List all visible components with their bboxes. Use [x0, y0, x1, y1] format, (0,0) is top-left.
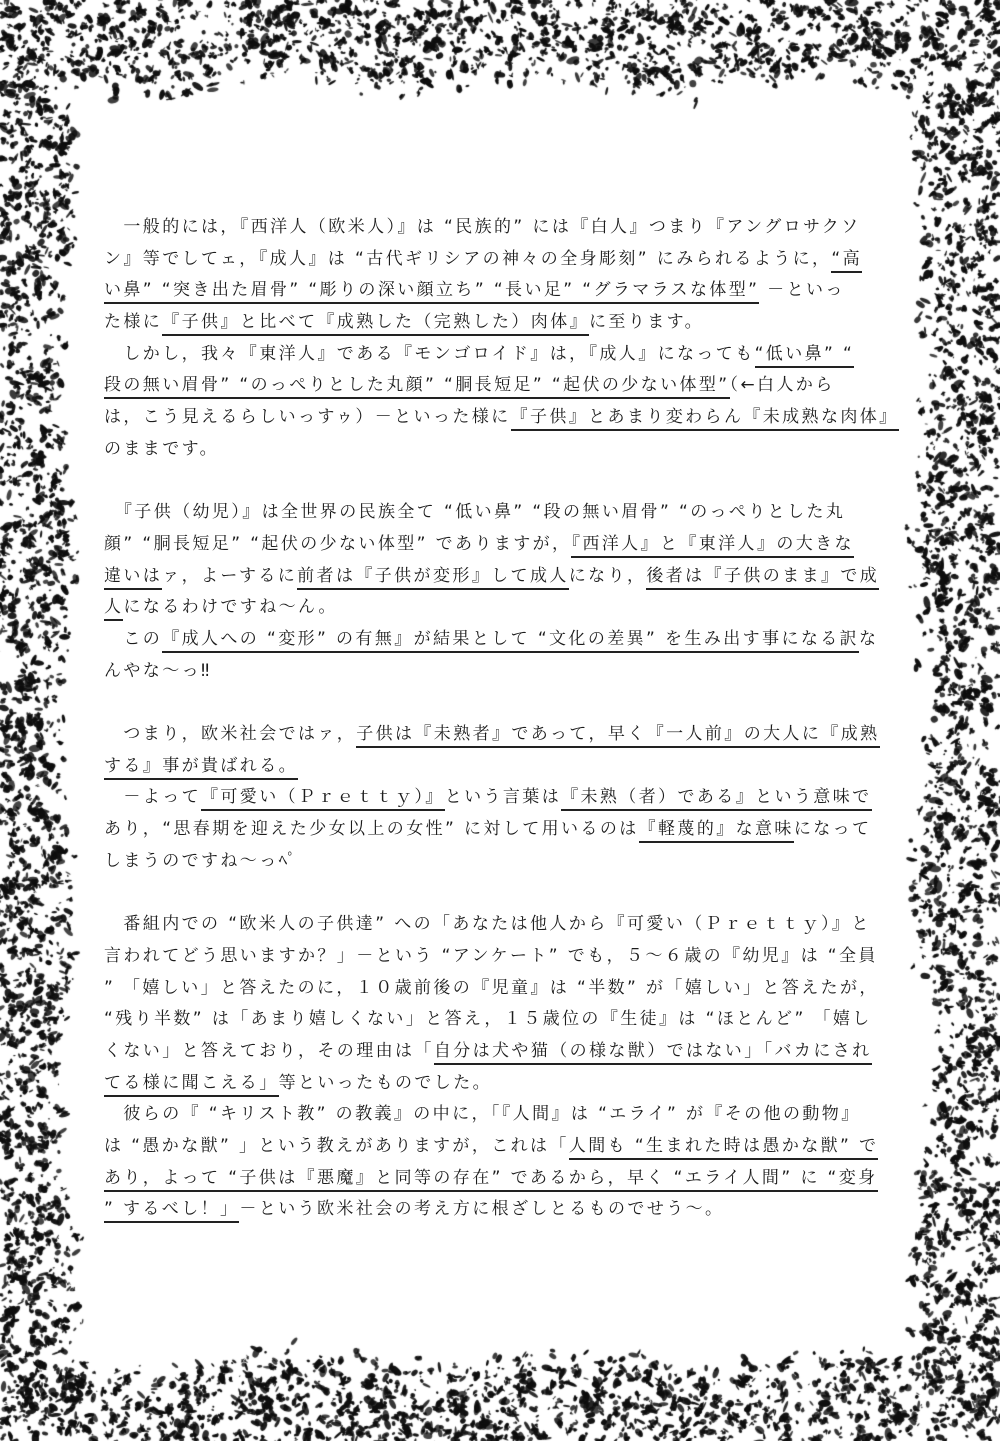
text-line: しまうのですね～っﾍﾟ: [104, 846, 910, 878]
underlined-text-run: ” するべし！」: [104, 1199, 239, 1223]
text-line: 人になるわけですね～ん。: [104, 592, 910, 624]
underlined-text-run: 「バカにされ: [764, 1041, 872, 1065]
underlined-text-run: 『可愛い（Ｐｒｅｔｔｙ）』: [201, 787, 445, 811]
scanned-document-page: 一般的には，『西洋人（欧米人）』は “民族的” には『白人』つまり『アングロサク…: [0, 0, 1000, 1441]
text-line: は，こう見えるらしいっすゥ）－といった様に『子供』とあまり変わらん『未成熟な肉体…: [104, 402, 910, 434]
text-run: んやな～っ‼: [104, 661, 212, 681]
text-line: しかし，我々『東洋人』である『モンゴロイド』は，『成人』になっても“低い鼻” “: [104, 339, 910, 371]
text-run: は，こう見えるらしいっすゥ）－といった様に: [104, 407, 511, 427]
underlined-text-run: 『子供』と比べて『成熟した（完熟した）肉体』: [162, 312, 589, 336]
underlined-text-run: “高: [831, 249, 862, 273]
underlined-text-run: “低い鼻” “: [755, 344, 855, 368]
text-run: ” 「嬉しい」と答えたのに，１０歳前後の『児童』は “半数” が「嬉しい」と答え…: [104, 978, 879, 998]
text-line: －よって『可愛い（Ｐｒｅｔｔｙ）』という言葉は『未熟（者）である』という意味で: [104, 782, 910, 814]
text-line: てる様に聞こえる」等といったものでした。: [104, 1068, 910, 1100]
underlined-text-run: 後者は『子供のまま』で成: [646, 566, 879, 590]
text-line: “残り半数” は「あまり嬉しくない」と答え，１５歳位の『生徒』は “ほとんど” …: [104, 1004, 910, 1036]
text-line: い鼻” “突き出た眉骨” “彫りの深い顔立ち” “長い足” “グラマラスな体型”…: [104, 275, 910, 307]
text-line: 『子供（幼児）』は全世界の民族全て “低い鼻” “段の無い眉骨” “のっぺりとし…: [104, 497, 910, 529]
underlined-text-run: する』事が貴ばれる。: [104, 756, 298, 780]
text-run: のままです。: [104, 439, 219, 459]
underlined-text-run: 違いは: [104, 566, 162, 590]
underlined-text-run: 『成人への “変形” の有無』が結果として “文化の差異” を生み出す事になる訳: [162, 629, 859, 653]
underlined-text-run: 子供は『未熟者』であって，早く『一人前』の大人に『成熟: [356, 724, 879, 748]
text-line: あり，“思春期を迎えた少女以上の女性” に対して用いるのは『軽蔑的』な意味になっ…: [104, 814, 910, 846]
text-line: ン』等でしてェ，『成人』は “古代ギリシアの神々の全身彫刻” にみられるように，…: [104, 244, 910, 276]
text-run: “残り半数” は「あまり嬉しくない」と答え，１５歳位の『生徒』は “ほとんど” …: [104, 1009, 872, 1029]
text-line: のままです。: [104, 434, 910, 466]
text-run: になって: [794, 819, 872, 839]
text-line: 言われてどう思いますか？」－という “アンケート” でも，５～６歳の『幼児』は …: [104, 941, 910, 973]
text-run: －といっ: [759, 280, 844, 300]
text-line: 彼らの『 “キリスト教” の教義』の中に，「『人間』は “エライ” が『その他の…: [104, 1099, 910, 1131]
underlined-text-run: 『西洋人』と『東洋人』の大きな: [571, 534, 854, 558]
blank-line: [104, 877, 910, 909]
text-run: 一般的には，『西洋人（欧米人）』は “民族的” には『白人』つまり『アングロサク…: [104, 217, 861, 237]
text-line: 顔” “胴長短足” “起伏の少ない体型” でありますが，『西洋人』と『東洋人』の…: [104, 529, 910, 561]
document-body-text: 一般的には，『西洋人（欧米人）』は “民族的” には『白人』つまり『アングロサク…: [104, 212, 910, 1226]
text-line: くない」と答えており，その理由は「自分は犬や猫（の様な獣）ではない」「バカにされ: [104, 1036, 910, 1068]
text-line: 違いはァ，よーするに前者は『子供が変形』して成人になり，後者は『子供のまま』で成: [104, 561, 910, 593]
underlined-text-run: あり，よって “子供は『悪魔』と同等の存在” であるから，早く “エライ人間” …: [104, 1168, 878, 1192]
underlined-text-run: 『未熟（者）である』という意味で: [561, 787, 871, 811]
underlined-text-run: てる様に聞こえる」: [104, 1073, 279, 1097]
text-run: くない」と答えており，その理由は「: [104, 1041, 434, 1061]
text-run: は “愚かな獣” 」という教えがありますが，これは「: [104, 1136, 569, 1156]
text-run: 言われてどう思いますか？」－という “アンケート” でも，５～６歳の『幼児』は …: [104, 946, 878, 966]
text-run: になり，: [569, 566, 647, 586]
text-run: た様に: [104, 312, 162, 332]
text-run: になるわけですね～ん。: [123, 597, 337, 617]
text-line: あり，よって “子供は『悪魔』と同等の存在” であるから，早く “エライ人間” …: [104, 1163, 910, 1195]
underlined-text-run: 人間も “生まれた時は愚かな獣” で: [569, 1136, 879, 1160]
text-run: に至ります。: [589, 312, 704, 332]
text-run: 『子供（幼児）』は全世界の民族全て “低い鼻” “段の無い眉骨” “のっぺりとし…: [104, 502, 845, 522]
text-run: －よって: [104, 787, 201, 807]
text-line: 番組内での “欧米人の子供達” への「あなたは他人から『可愛い（Ｐｒｅｔｔｙ）』…: [104, 909, 910, 941]
underlined-text-run: 自分は犬や猫（の様な獣）ではない」: [434, 1041, 764, 1065]
underlined-text-run: 前者は『子供が変形』して成人: [297, 566, 569, 590]
underlined-text-run: い鼻” “突き出た眉骨” “彫りの深い顔立ち” “長い足” “グラマラスな体型”: [104, 280, 759, 304]
text-run: な: [859, 629, 878, 649]
text-line: んやな～っ‼: [104, 656, 910, 688]
text-line: つまり，欧米社会ではァ，子供は『未熟者』であって，早く『一人前』の大人に『成熟: [104, 719, 910, 751]
text-run: －という欧米社会の考え方に根ざしとるものでせう～。: [239, 1199, 724, 1219]
text-line: する』事が貴ばれる。: [104, 751, 910, 783]
text-run: 等といったものでした。: [279, 1073, 492, 1093]
text-line: 一般的には，『西洋人（欧米人）』は “民族的” には『白人』つまり『アングロサク…: [104, 212, 910, 244]
blank-line: [104, 466, 910, 498]
text-run: しかし，我々『東洋人』である『モンゴロイド』は，『成人』になっても: [104, 344, 755, 364]
text-run: ン』等でしてェ，『成人』は “古代ギリシアの神々の全身彫刻” にみられるように，: [104, 249, 831, 269]
text-run: しまうのですね～っﾍﾟ: [104, 851, 298, 871]
text-line: ” するべし！」－という欧米社会の考え方に根ざしとるものでせう～。: [104, 1194, 910, 1226]
text-line: この『成人への “変形” の有無』が結果として “文化の差異” を生み出す事にな…: [104, 624, 910, 656]
text-line: 段の無い眉骨” “のっぺりとした丸顔” “胴長短足” “起伏の少ない体型”（←白…: [104, 370, 910, 402]
text-run: 顔” “胴長短足” “起伏の少ない体型” でありますが，: [104, 534, 571, 554]
text-run: この: [104, 629, 162, 649]
text-line: た様に『子供』と比べて『成熟した（完熟した）肉体』に至ります。: [104, 307, 910, 339]
text-run: 彼らの『 “キリスト教” の教義』の中に，「『人間』は “エライ” が『その他の…: [104, 1104, 861, 1124]
text-run: という言葉は: [445, 787, 561, 807]
underlined-text-run: 人: [104, 597, 123, 621]
underlined-text-run: 段の無い眉骨” “のっぺりとした丸顔” “胴長短足” “起伏の少ない体型”: [104, 375, 730, 399]
text-run: あり，“思春期を迎えた少女以上の女性” に対して用いるのは: [104, 819, 639, 839]
text-run: 番組内での “欧米人の子供達” への「あなたは他人から『可愛い（Ｐｒｅｔｔｙ）』…: [104, 914, 871, 934]
text-line: ” 「嬉しい」と答えたのに，１０歳前後の『児童』は “半数” が「嬉しい」と答え…: [104, 973, 910, 1005]
blank-line: [104, 687, 910, 719]
underlined-text-run: 『子供』とあまり変わらん『未成熟な肉体』: [511, 407, 899, 431]
text-run: ァ，よーするに: [162, 566, 297, 586]
text-line: は “愚かな獣” 」という教えがありますが，これは「人間も “生まれた時は愚かな…: [104, 1131, 910, 1163]
text-run: つまり，欧米社会ではァ，: [104, 724, 356, 744]
text-run: （←白人から: [730, 375, 835, 395]
underlined-text-run: 『軽蔑的』な意味: [639, 819, 794, 843]
